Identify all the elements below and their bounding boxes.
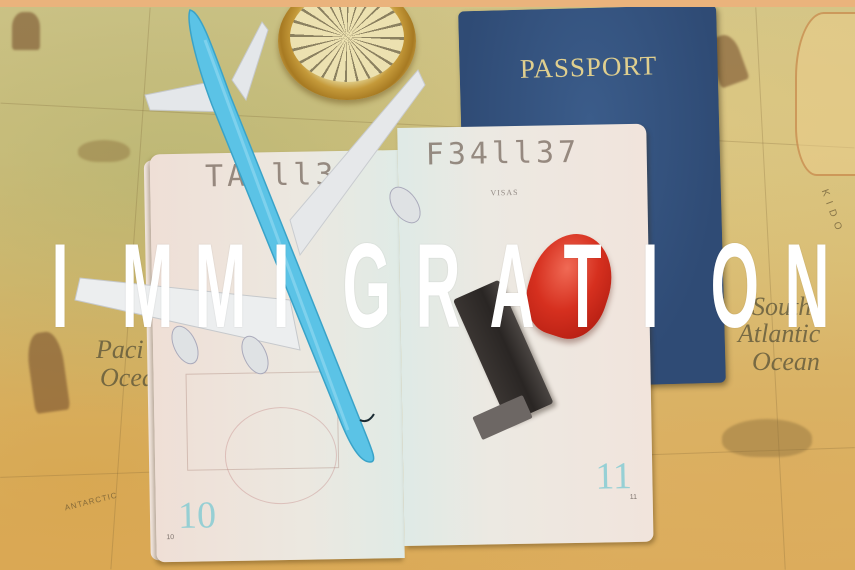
- headline-letter: I: [48, 232, 73, 340]
- headline-letter: I: [269, 232, 294, 340]
- page-number-right-small: 11: [630, 494, 637, 501]
- headline-letter: M: [121, 232, 146, 340]
- immigration-banner: Paci Ocea South Atlantic Ocean ANTARCTIC…: [0, 0, 855, 570]
- headline-letter: R: [416, 232, 441, 340]
- headline-letter: T: [563, 232, 588, 340]
- africa-coastline: [795, 12, 855, 176]
- headline-letter: O: [711, 232, 736, 340]
- headline-letter: I: [637, 232, 662, 340]
- ship-illustration: [12, 12, 40, 50]
- page-number-left-small: 10: [166, 534, 174, 541]
- headline-letter: N: [784, 232, 809, 340]
- page-number-left: 10: [178, 493, 217, 538]
- visas-label: VISAS: [490, 188, 518, 197]
- island-illustration: [78, 140, 130, 162]
- compass-face: [290, 0, 404, 82]
- passport-page-left: TA ll37 10 10: [150, 150, 405, 562]
- faded-stamp-oval: [224, 406, 338, 505]
- passport-title: PASSPORT: [459, 49, 718, 87]
- headline-letter: G: [342, 232, 367, 340]
- headline: I M M I G R A T I O N: [0, 232, 855, 340]
- headline-letter: A: [490, 232, 515, 340]
- sea-monster-illustration: [722, 419, 812, 457]
- perforated-number-left: TA ll37: [205, 157, 360, 195]
- map-label-antarctic: ANTARCTIC: [64, 491, 119, 513]
- top-band: [0, 0, 855, 7]
- perforated-number-right: F34ll37: [425, 135, 580, 173]
- headline-letter: M: [195, 232, 220, 340]
- page-number-right: 11: [595, 454, 632, 499]
